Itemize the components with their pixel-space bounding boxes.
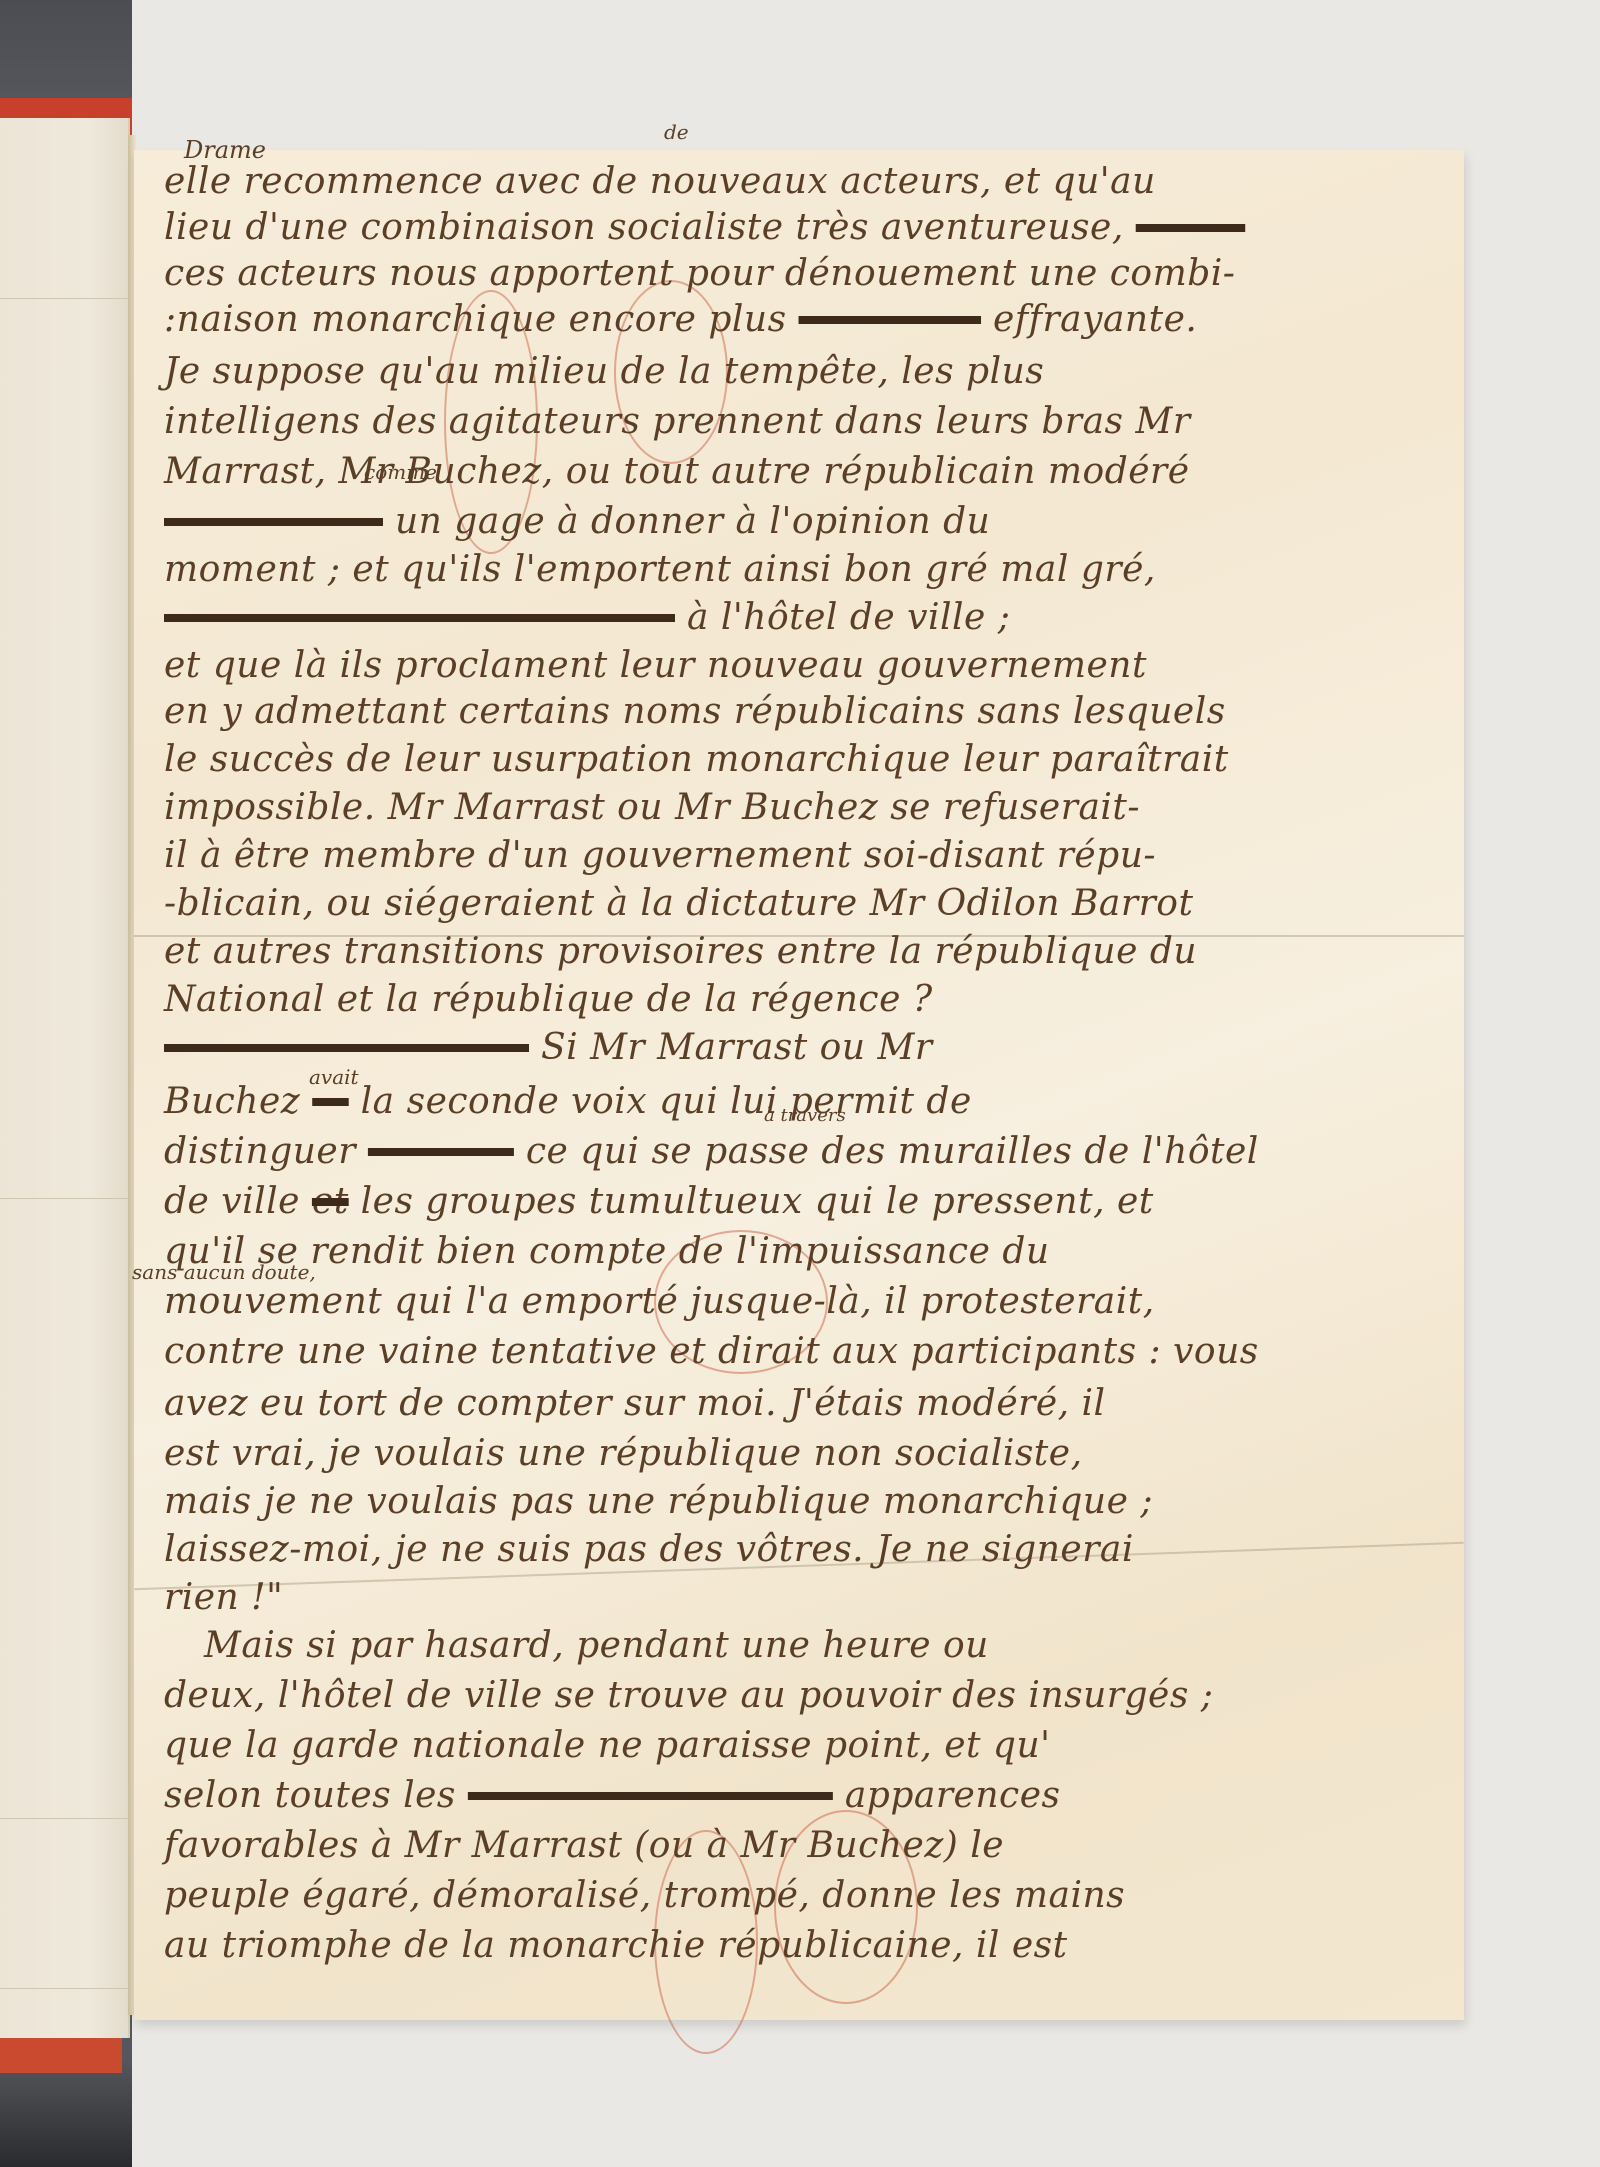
manuscript-line: qu'il se rendit bien compte de l'impuiss…	[164, 1230, 1444, 1274]
manuscript-line: deux, l'hôtel de ville se trouve au pouv…	[164, 1674, 1444, 1718]
manuscript-line: lieu d'une combinaison socialiste très a…	[164, 206, 1444, 250]
interlinear-de: de	[664, 120, 689, 144]
manuscript-line: et autres transitions provisoires entre …	[164, 930, 1444, 974]
binding-cloth-bottom	[0, 2035, 122, 2073]
manuscript-line: avez eu tort de compter sur moi. J'étais…	[164, 1382, 1444, 1426]
manuscript-line: ces acteurs nous apportent pour dénoueme…	[164, 252, 1444, 296]
manuscript-line: Je suppose qu'au milieu de la tempête, l…	[164, 350, 1444, 394]
manuscript-line: impossible. Mr Marrast ou Mr Buchez se r…	[164, 786, 1444, 830]
page-fold	[0, 1198, 128, 1199]
manuscript-line: de ville et les groupes tumultueux qui l…	[164, 1180, 1444, 1224]
manuscript-line: —————— un gage à donner à l'opinion du	[164, 500, 1444, 544]
manuscript-line: laissez-moi, je ne suis pas des vôtres. …	[164, 1528, 1444, 1572]
manuscript-line: est vrai, je voulais une république non …	[164, 1432, 1444, 1476]
manuscript-line: peuple égaré, démoralisé, trompé, donne …	[164, 1874, 1444, 1918]
manuscript-page: Drame de comme avait à travers sans aucu…	[134, 150, 1464, 2020]
manuscript-line: que la garde nationale ne paraisse point…	[164, 1724, 1444, 1768]
manuscript-line: le succès de leur usurpation monarchique…	[164, 738, 1444, 782]
manuscript-line: Mais si par hasard, pendant une heure ou	[204, 1624, 1444, 1668]
manuscript-line: mais je ne voulais pas une république mo…	[164, 1480, 1444, 1524]
manuscript-line: —————————— Si Mr Marrast ou Mr	[164, 1026, 1444, 1070]
manuscript-line: intelligens des agitateurs prennent dans…	[164, 400, 1444, 444]
manuscript-line: et que là ils proclament leur nouveau go…	[164, 644, 1444, 688]
manuscript-line: -blicain, ou siégeraient à la dictature …	[164, 882, 1444, 926]
manuscript-line: :naison monarchique encore plus ————— ef…	[164, 298, 1444, 342]
manuscript-line: Buchez — la seconde voix qui lui permit …	[164, 1080, 1444, 1124]
manuscript-line: distinguer ———— ce qui se passe des mura…	[164, 1130, 1444, 1174]
manuscript-line: National et la république de la régence …	[164, 978, 1444, 1022]
page-fold	[0, 1988, 128, 1989]
manuscript-line: mouvement qui l'a emporté jusque-là, il …	[164, 1280, 1444, 1324]
page-fold	[0, 298, 128, 299]
manuscript-line: rien !"	[164, 1576, 1444, 1620]
facing-page-left	[0, 118, 130, 2038]
manuscript-line: au triomphe de la monarchie républicaine…	[164, 1924, 1444, 1968]
manuscript-line: selon toutes les —————————— apparences	[164, 1774, 1444, 1818]
manuscript-line: —————————————— à l'hôtel de ville ;	[164, 596, 1444, 640]
manuscript-line: en y admettant certains noms républicain…	[164, 690, 1444, 734]
manuscript-line: il à être membre d'un gouvernement soi-d…	[164, 834, 1444, 878]
manuscript-line: moment ; et qu'ils l'emportent ainsi bon…	[164, 548, 1444, 592]
manuscript-line: elle recommence avec de nouveaux acteurs…	[164, 160, 1444, 204]
manuscript-line: Marrast, Mr Buchez, ou tout autre républ…	[164, 450, 1444, 494]
manuscript-line: contre une vaine tentative et dirait aux…	[164, 1330, 1444, 1374]
page-fold	[0, 1818, 128, 1819]
manuscript-line: favorables à Mr Marrast (ou à Mr Buchez)…	[164, 1824, 1444, 1868]
